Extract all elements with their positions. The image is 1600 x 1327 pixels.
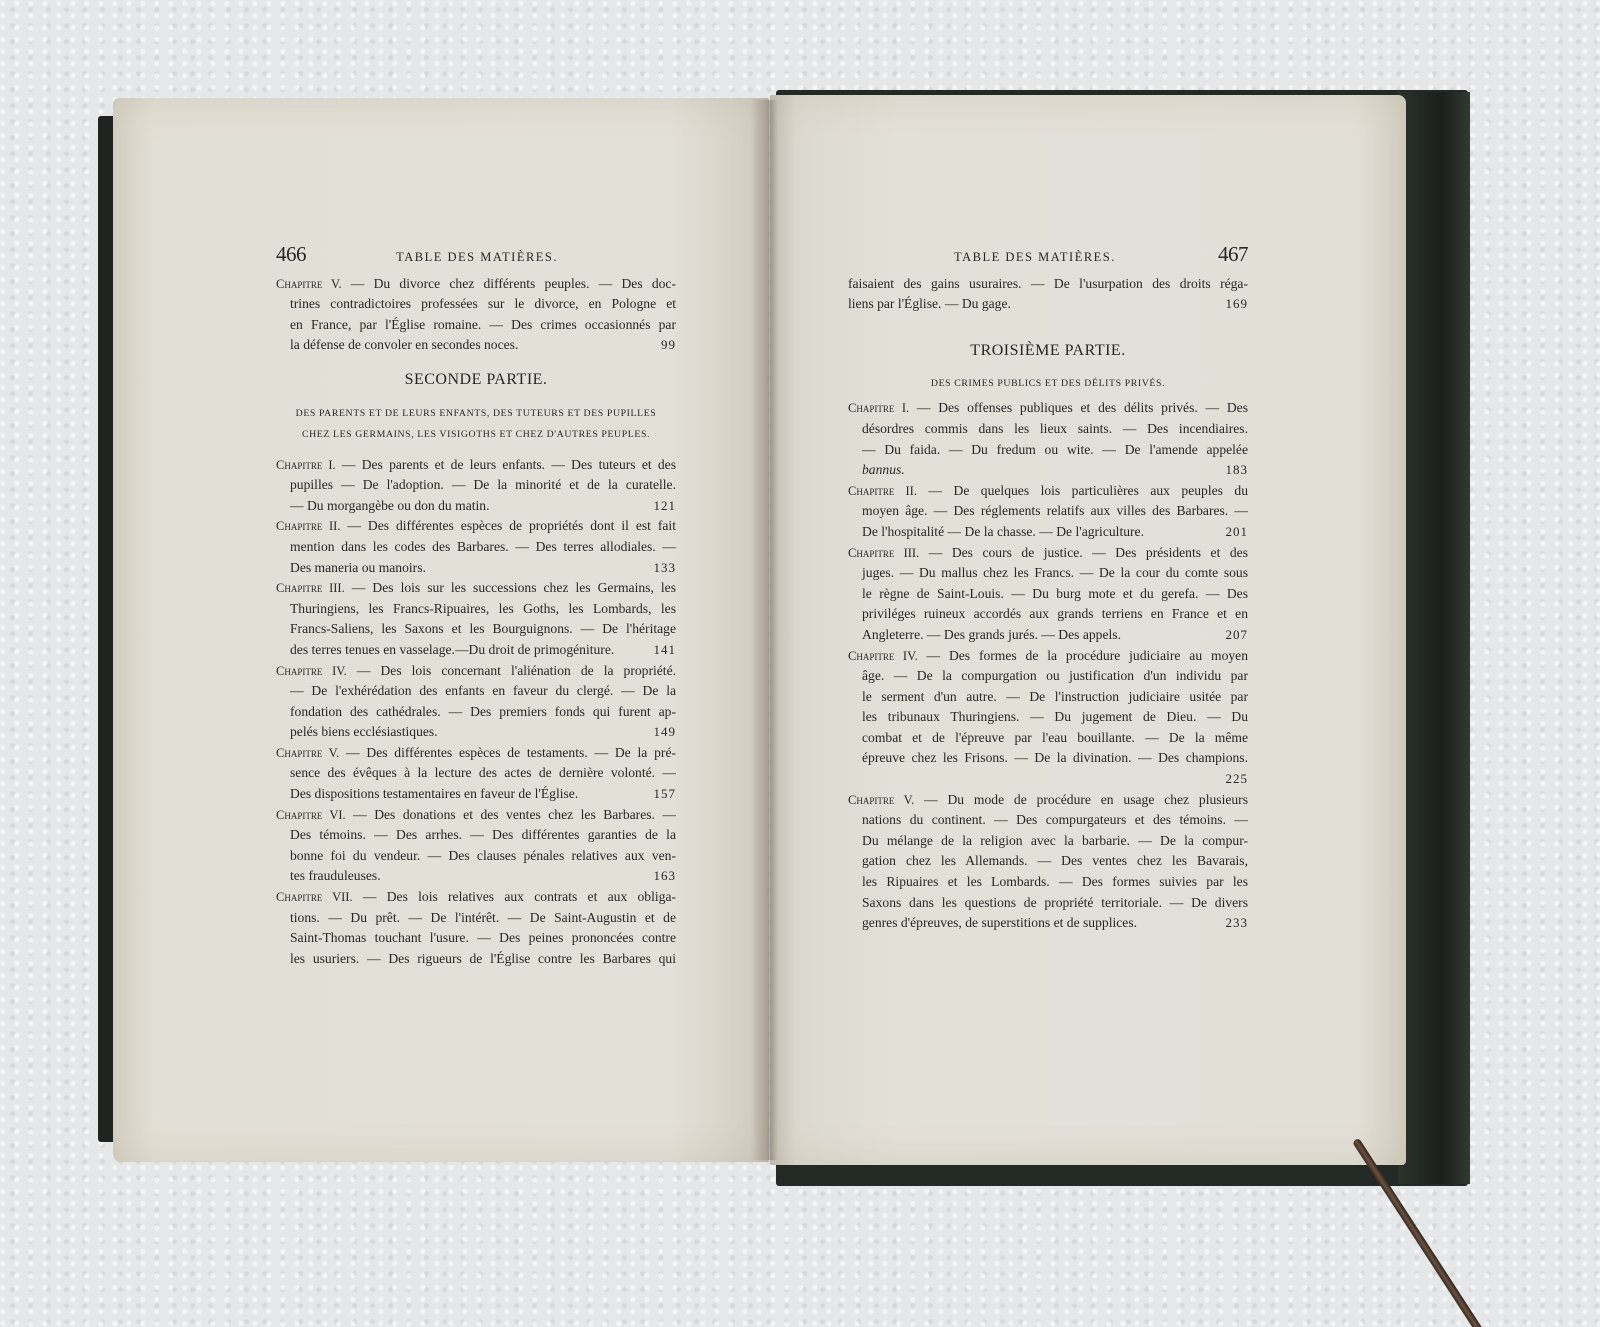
entry-text: Saxons dans les questions de propriété t… [848, 893, 1248, 914]
entry-text: — Du faida. — Du fredum ou wite. — De l'… [848, 440, 1248, 461]
entry-page-number: 141 [654, 640, 677, 661]
entry-text: en France, par l'Église romaine. — Des c… [276, 315, 676, 336]
entry-text: Du mélange de la religion avec la barbar… [848, 831, 1248, 852]
entry-text: tes frauduleuses. [290, 866, 381, 887]
entry-text: faisaient des gains usuraires. — De l'us… [848, 274, 1248, 295]
part-subtitle-line: des crimes publics et des délits privés. [848, 373, 1248, 394]
toc-entry: Chapitre I. — Des parents et de leurs en… [276, 455, 676, 517]
entry-text: les usuriers. — Des rigueurs de l'Église… [276, 949, 676, 970]
entry-text: — Des lois sur les successions chez les … [345, 580, 676, 595]
toc-entry: Chapitre V. — Des différentes espèces de… [276, 743, 676, 805]
entry-text: — Du mode de procédure en usage chez plu… [914, 792, 1248, 807]
entry-text: le serment d'un autre. — De l'instructio… [848, 687, 1248, 708]
page-number: 467 [1218, 244, 1248, 265]
toc-entry: Chapitre IV. — Des formes de la procédur… [848, 646, 1248, 790]
entry-text: les tribunaux Thuringiens. — Du jugement… [848, 707, 1248, 728]
entry-text: priviléges ruineux accordés aux grands t… [848, 604, 1248, 625]
entry-page-number: 149 [654, 722, 677, 743]
right-page-text: TABLE DES MATIÈRES. 467 faisaient des ga… [848, 244, 1248, 934]
entry-text: fondation des cathédrales. — Des premier… [276, 702, 676, 723]
entry-page-number: 157 [654, 784, 677, 805]
chapter-label: Chapitre I. [848, 401, 909, 415]
entry-text: Francs-Saliens, les Saxons et les Bourgu… [276, 619, 676, 640]
chapter-label: Chapitre I. [276, 458, 336, 472]
entry-text: juges. — Du mallus chez les Francs. — De… [848, 563, 1248, 584]
entry-text: genres d'épreuves, de superstitions et d… [862, 913, 1137, 934]
toc-entry: Chapitre III. — Des lois sur les success… [276, 578, 676, 660]
toc-entry: Chapitre V. — Du divorce chez différents… [276, 274, 676, 356]
entry-text: — Des donations et des ventes chez les B… [346, 807, 676, 822]
entry-page-number: 201 [1226, 522, 1249, 543]
entry-text: — Des différentes espèces de testaments.… [339, 745, 676, 760]
part-title: SECONDE PARTIE. [276, 370, 676, 391]
entry-page-number: 99 [661, 335, 676, 356]
entry-text: liens par l'Église. — Du gage. [848, 294, 1011, 315]
entry-text: — De quelques lois particulières aux peu… [917, 483, 1248, 498]
toc-entry: Chapitre VI. — Des donations et des vent… [276, 805, 676, 887]
chapter-label: Chapitre IV. [276, 664, 347, 678]
entry-text: bannus. [862, 460, 905, 481]
entry-text: Des maneria ou manoirs. [290, 558, 426, 579]
entry-text: la défense de convoler en secondes noces… [290, 335, 518, 356]
entry-text: — Du morgangèbe ou don du matin. [290, 496, 489, 517]
entry-page-number: 183 [1226, 460, 1249, 481]
entry-text: — Des différentes espèces de propriétés … [340, 518, 676, 533]
book-gutter [752, 100, 778, 1160]
entry-text: bonne foi du vendeur. — Des clauses péna… [276, 846, 676, 867]
entry-page-number: 163 [654, 866, 677, 887]
entry-text: épreuve chez les Frisons. — De la divina… [848, 748, 1248, 769]
toc-entry: Chapitre I. — Des offenses publiques et … [848, 398, 1248, 480]
part-subtitle: des parents et de leurs enfants, des tut… [276, 403, 676, 445]
chapter-label: Chapitre II. [276, 519, 340, 533]
entry-text: Angleterre. — Des grands jurés. — Des ap… [862, 625, 1121, 646]
entry-text: combat et de l'épreuve par l'eau bouilla… [848, 728, 1248, 749]
entry-text: — Des formes de la procédure judiciaire … [918, 648, 1248, 663]
running-head-title: TABLE DES MATIÈRES. [954, 247, 1116, 268]
entry-text: Des dispositions testamentaires en faveu… [290, 784, 578, 805]
part-subtitle-line: des parents et de leurs enfants, des tut… [276, 403, 676, 424]
entry-text: Thuringiens, les Francs-Ripuaires, les G… [276, 599, 676, 620]
running-head: TABLE DES MATIÈRES. 467 [848, 244, 1248, 268]
chapter-label: Chapitre V. [848, 793, 914, 807]
entry-text: — Des lois concernant l'aliénation de la… [347, 663, 676, 678]
toc-entry: Chapitre IV. — Des lois concernant l'ali… [276, 661, 676, 743]
entry-text: — De l'exhérédation des enfants en faveu… [276, 681, 676, 702]
entry-text: Des témoins. — Des arrhes. — Des différe… [276, 825, 676, 846]
entry-text: — Du divorce chez différents peuples. — … [342, 276, 676, 291]
toc-entry: Chapitre III. — Des cours de justice. — … [848, 543, 1248, 646]
part-subtitle: des crimes publics et des délits privés. [848, 373, 1248, 394]
entry-text: nations du continent. — Des compurgateur… [848, 810, 1248, 831]
entry-text: pelés biens ecclésiastiques. [290, 722, 438, 743]
entry-text: — Des cours de justice. — Des présidents… [919, 545, 1248, 560]
chapter-label: Chapitre IV. [848, 649, 918, 663]
chapter-label: Chapitre II. [848, 484, 917, 498]
left-page-text: 466 TABLE DES MATIÈRES. Chapitre V. — Du… [276, 244, 676, 969]
book-cover-edge [1398, 92, 1470, 1184]
entry-text: De l'hospitalité — De la chasse. — De l'… [862, 522, 1144, 543]
chapter-label: Chapitre VI. [276, 808, 346, 822]
entry-text: — Des parents et de leurs enfants. — Des… [336, 457, 676, 472]
entry-text: le règne de Saint-Louis. — Du burg mote … [848, 584, 1248, 605]
running-head-title: TABLE DES MATIÈRES. [396, 247, 558, 268]
toc-entry-continuation: faisaient des gains usuraires. — De l'us… [848, 274, 1248, 315]
entry-text: gation chez les Allemands. — Des ventes … [848, 851, 1248, 872]
toc-entry: Chapitre V. — Du mode de procédure en us… [848, 790, 1248, 934]
entry-text: trines contradictoires professées sur le… [276, 294, 676, 315]
part-title: TROISIÈME PARTIE. [848, 341, 1248, 362]
chapter-label: Chapitre VII. [276, 890, 353, 904]
page-number: 466 [276, 244, 306, 265]
chapter-label: Chapitre V. [276, 746, 339, 760]
entry-page-number: 121 [654, 496, 677, 517]
toc-entry: Chapitre VII. — Des lois relatives aux c… [276, 887, 676, 969]
entry-page-number: 207 [1226, 625, 1249, 646]
chapter-label: Chapitre III. [848, 546, 919, 560]
chapter-label: Chapitre V. [276, 277, 342, 291]
entry-text: désordres commis dans les lieux saints. … [848, 419, 1248, 440]
entry-text: mention dans les codes des Barbares. — D… [276, 537, 676, 558]
entry-page-number: 233 [1226, 913, 1249, 934]
entry-text: âge. — De la compurgation ou justificati… [848, 666, 1248, 687]
running-head: 466 TABLE DES MATIÈRES. [276, 244, 676, 268]
entry-page-number: 225 [1226, 771, 1249, 786]
entry-text: sence des évêques à la lecture des actes… [276, 763, 676, 784]
entry-text: — Des lois relatives aux contrats et aux… [353, 889, 676, 904]
chapter-label: Chapitre III. [276, 581, 345, 595]
toc-entry: Chapitre II. — Des différentes espèces d… [276, 516, 676, 578]
entry-text: des terres tenues en vasselage.—Du droit… [290, 640, 614, 661]
entry-text: tions. — Du prêt. — De l'intérêt. — De S… [276, 908, 676, 929]
entry-page-number: 133 [654, 558, 677, 579]
entry-text: Saint-Thomas touchant l'usure. — Des pei… [276, 928, 676, 949]
entry-text: moyen âge. — Des réglements relatifs aux… [848, 501, 1248, 522]
entry-text: — Des offenses publiques et des délits p… [909, 400, 1248, 415]
entry-text: pupilles — De l'adoption. — De la minori… [276, 475, 676, 496]
part-subtitle-line: chez les Germains, les Visigoths et chez… [276, 424, 676, 445]
toc-entry: Chapitre II. — De quelques lois particul… [848, 481, 1248, 543]
entry-page-number: 169 [1226, 294, 1249, 315]
entry-text: les Ripuaires et les Lombards. — Des for… [848, 872, 1248, 893]
